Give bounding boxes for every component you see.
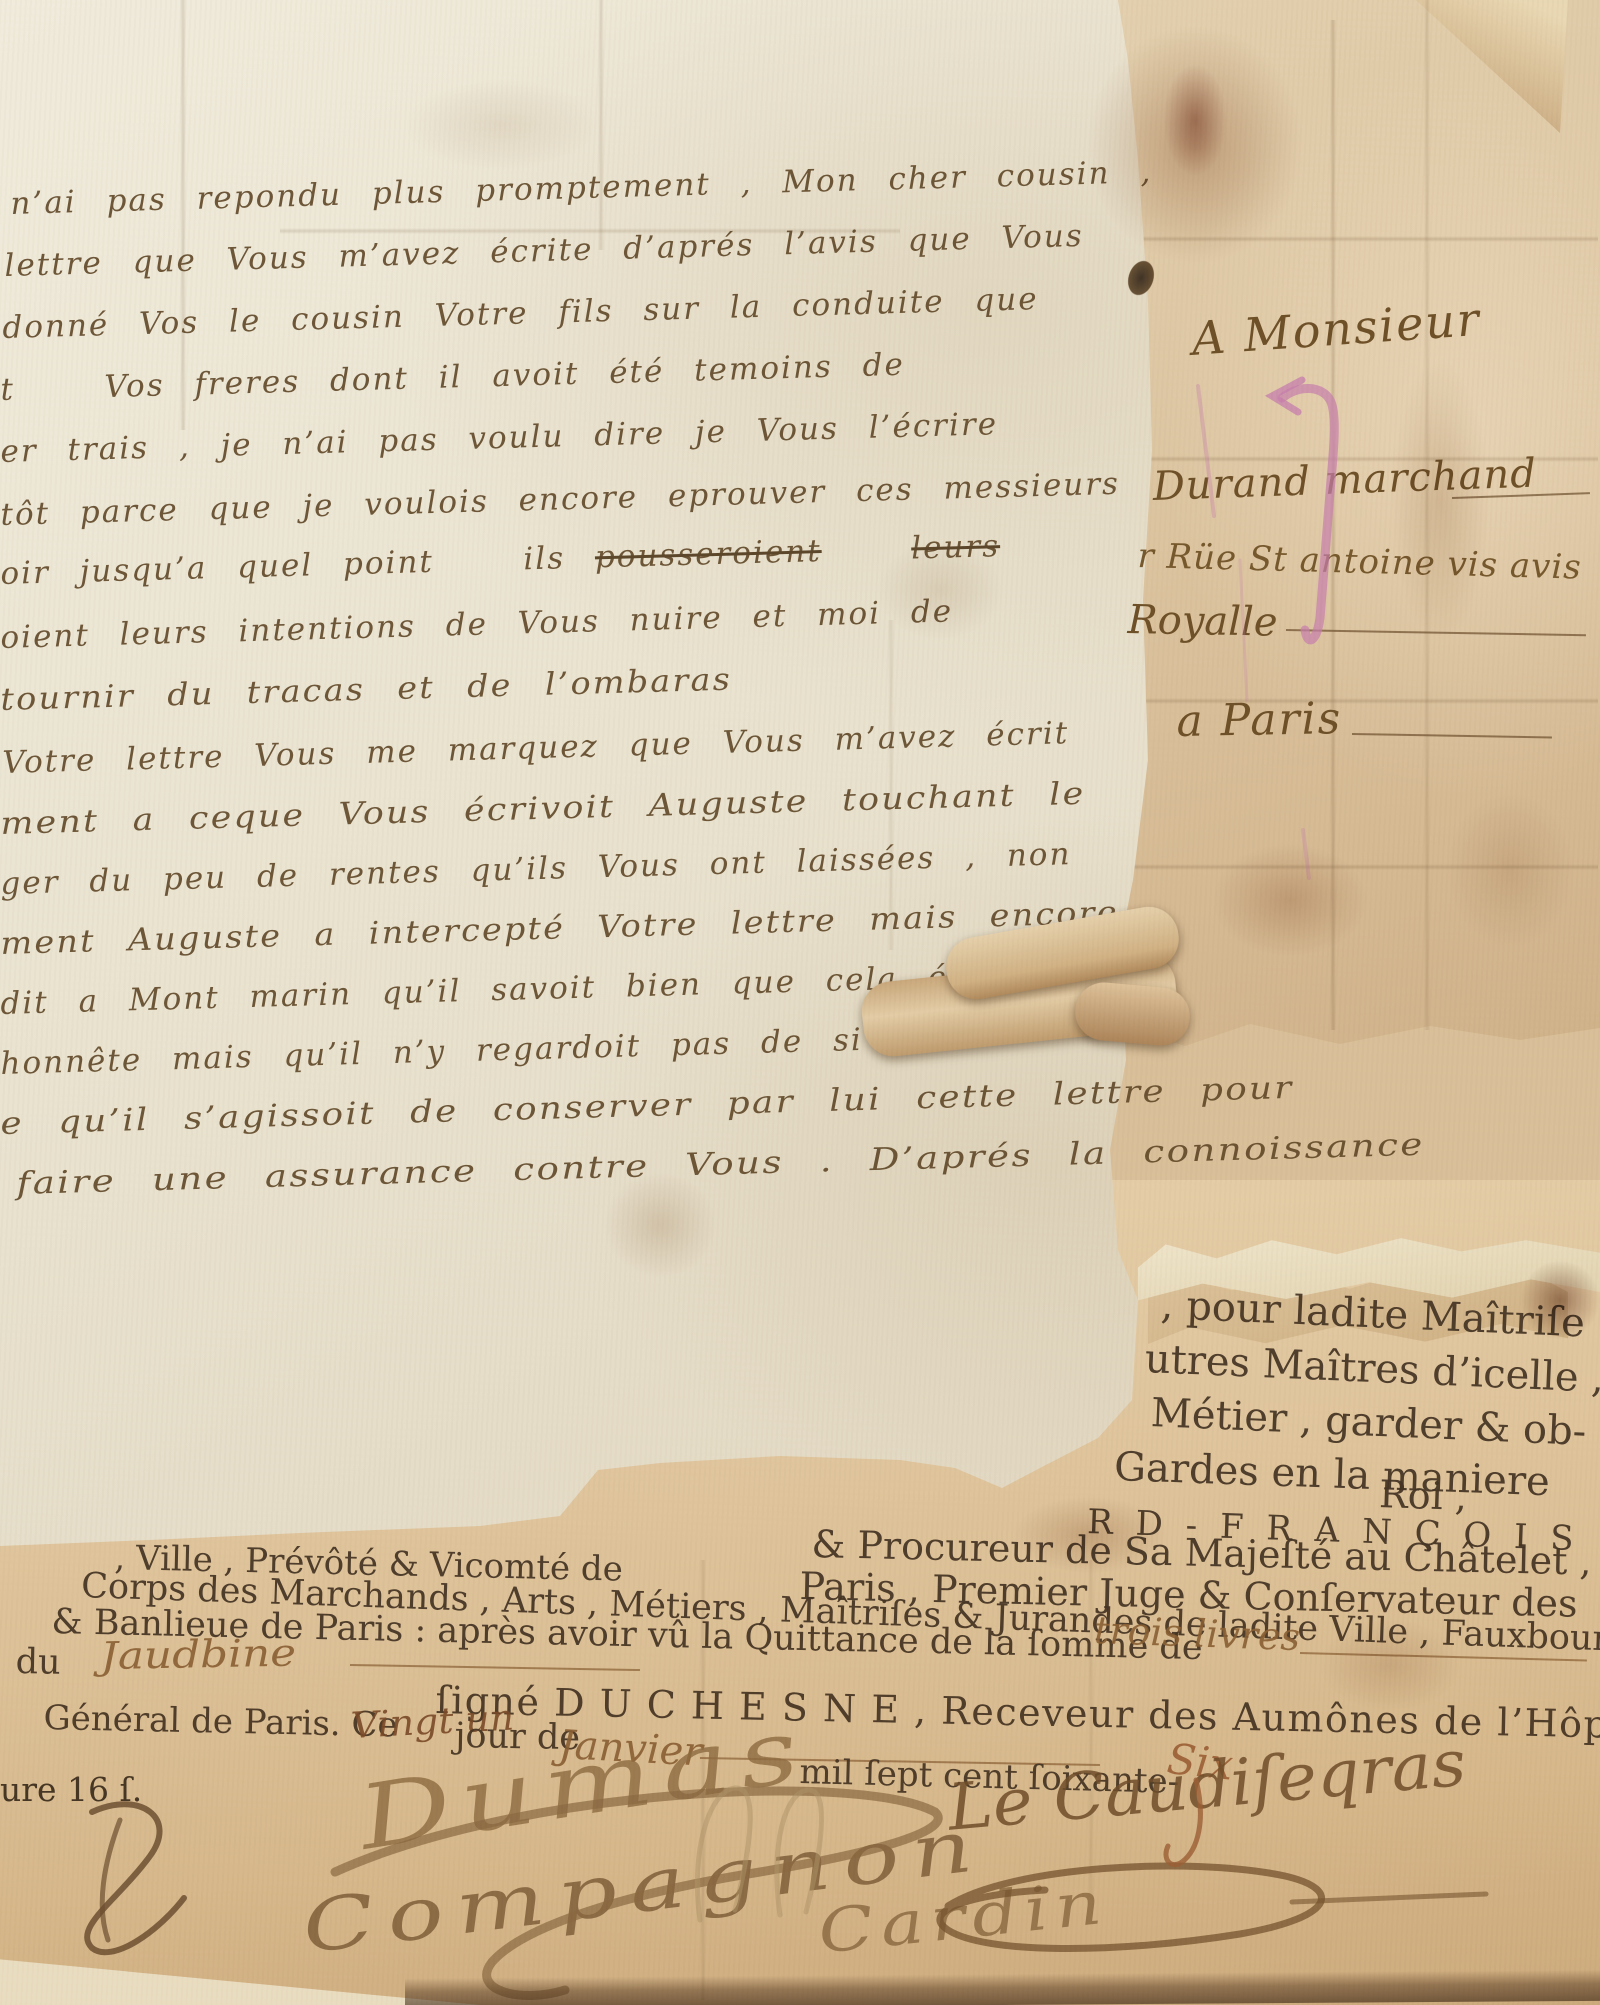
paper-crease (1330, 20, 1336, 1030)
address-panel-paper (1095, 0, 1600, 1062)
paper-crease (598, 0, 604, 250)
printed-line: Général de Paris. Ce (43, 1698, 398, 1745)
paper-crease (1128, 236, 1598, 242)
manuscript-insert: Jaudbine (100, 1631, 296, 1678)
struck-word: pousseroient (594, 533, 822, 575)
printed-fee-fragment: ure 16 ſ. (0, 1770, 142, 1809)
paper-crease (1424, 0, 1430, 1030)
address-city: a Paris (1176, 693, 1343, 747)
rolled-paper-piece (1073, 980, 1193, 1048)
printed-line: du (15, 1642, 61, 1683)
paper-crease (1128, 864, 1598, 870)
address-street2: Royalle (1127, 597, 1278, 646)
scanned-manuscript-page: n’ai pas repondu plus promptement , Mon … (0, 0, 1600, 2005)
struck-word: leurs (911, 528, 1001, 566)
manuscript-insert-sum: trois livres (1093, 1608, 1300, 1659)
